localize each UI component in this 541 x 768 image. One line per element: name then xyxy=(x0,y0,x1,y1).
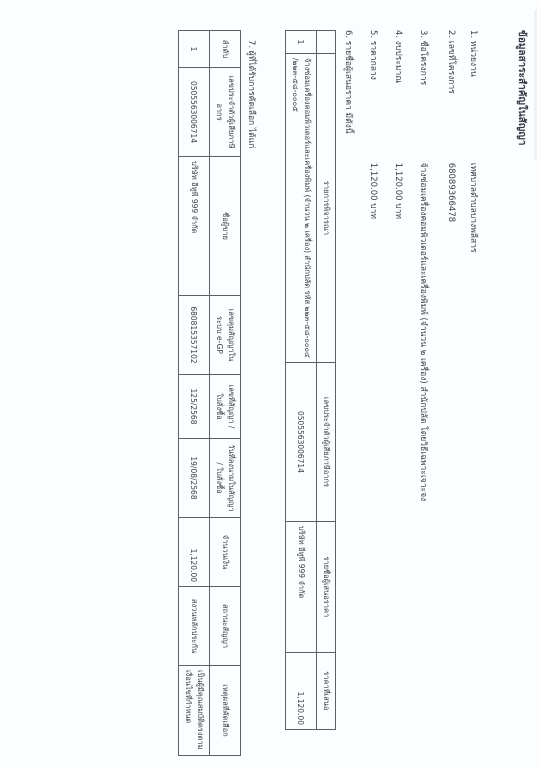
cell-item: จ้างซ่อมเครื่องคอมพิวเตอร์และเครื่องพิมพ… xyxy=(286,54,317,363)
item-label: 4. งบประมาณ xyxy=(392,30,406,160)
cell-status: สงวนหลักประกัน xyxy=(179,587,210,666)
column-header: เหตุผลที่คัดเลือก xyxy=(210,666,241,756)
column-header: ราคาที่เสนอ xyxy=(317,652,336,729)
column-header: ลำดับ xyxy=(210,31,241,68)
column-header: ชื่อผู้ขาย xyxy=(210,157,241,296)
column-header: รายชื่อผู้เสนอราคา xyxy=(317,521,336,652)
document-title: ข้อมูลสาระสำคัญในสัญญา xyxy=(514,30,529,145)
item-value: 1,120.00 บาท xyxy=(368,163,378,219)
item-value: 1,120.00 บาท xyxy=(393,163,403,219)
table-row: 1 จ้างซ่อมเครื่องคอมพิวเตอร์และเครื่องพิ… xyxy=(286,31,317,730)
item-value: 68089366478 xyxy=(446,163,456,223)
column-header: เลขคุมสัญญาในระบบ e-GP xyxy=(210,296,241,375)
item-bidders-heading: 6. รายชื่อผู้เสนอราคา มีดังนี้ xyxy=(342,30,356,134)
item-budget: 4. งบประมาณ 1,120.00 บาท xyxy=(392,30,406,219)
cell-amount: 1,120.00 xyxy=(179,518,210,587)
cell-no: 1 xyxy=(179,31,210,68)
winner-table: ลำดับ เลขประจำตัวผู้เสียภาษีอากร ชื่อผู้… xyxy=(178,30,241,756)
table-header-row: รายการพิจารณา เลขประจำตัวผู้เสียภาษีอากร… xyxy=(317,31,336,730)
cell-bidder: บริษัท อีทูพี 999 จำกัด xyxy=(286,521,317,652)
item-label: 3. ชื่อโครงการ xyxy=(417,30,431,160)
scan-artifact xyxy=(534,10,537,160)
item-project-name: 3. ชื่อโครงการ จ้างซ่อมเครื่องคอมพิวเตอร… xyxy=(417,30,431,501)
item-project-number: 2. เลขที่โครงการ 68089366478 xyxy=(445,30,459,222)
bidders-table: รายการพิจารณา เลขประจำตัวผู้เสียภาษีอากร… xyxy=(285,30,336,730)
table-row: 1 0505563006714 บริษัท อีทูพี 999 จำกัด … xyxy=(179,31,210,756)
table-header-row: ลำดับ เลขประจำตัวผู้เสียภาษีอากร ชื่อผู้… xyxy=(210,31,241,756)
item-label: 1. หน่วยงาน xyxy=(467,30,481,160)
cell-tax-id: 0505563006714 xyxy=(286,363,317,522)
cell-egp-control-no: 680815357102 xyxy=(179,296,210,375)
item-label: 5. ราคากลาง xyxy=(367,30,381,160)
item-value: จ้างซ่อมเครื่องคอมพิวเตอร์และเครื่องพิมพ… xyxy=(418,163,428,502)
cell-tax-id: 0505563006714 xyxy=(179,68,210,157)
item-agency: 1. หน่วยงาน เทศบาลตำบลบางพลีสาร xyxy=(467,30,481,253)
cell-contract-no: 125/2568 xyxy=(179,375,210,439)
cell-vendor: บริษัท อีทูพี 999 จำกัด xyxy=(179,157,210,296)
column-header xyxy=(317,31,336,54)
column-header: จำนวนเงิน xyxy=(210,518,241,587)
column-header: เลขประจำตัวผู้เสียภาษีอากร xyxy=(210,68,241,157)
item-label: 2. เลขที่โครงการ xyxy=(445,30,459,160)
column-header: วันที่ลงนามในสัญญา / ใบสั่งซื้อ xyxy=(210,439,241,518)
item-label: 6. รายชื่อผู้เสนอราคา มีดังนี้ xyxy=(343,30,353,134)
section-7-heading: 7. ผู้ที่ได้รับการคัดเลือก ได้แก่ xyxy=(245,40,259,148)
column-header: รายการพิจารณา xyxy=(317,54,336,363)
item-value: เทศบาลตำบลบางพลีสาร xyxy=(468,163,478,253)
document-page: ข้อมูลสาระสำคัญในสัญญา 1. หน่วยงาน เทศบา… xyxy=(0,0,541,768)
item-median-price: 5. ราคากลาง 1,120.00 บาท xyxy=(367,30,381,219)
column-header: เลขที่สัญญา / ใบสั่งซื้อ xyxy=(210,375,241,439)
column-header: เลขประจำตัวผู้เสียภาษีอากร xyxy=(317,363,336,522)
cell-contract-date: 19/08/2568 xyxy=(179,439,210,518)
cell-no: 1 xyxy=(286,31,317,54)
cell-price: 1,120.00 xyxy=(286,652,317,729)
column-header: สถานะสัญญา xyxy=(210,587,241,666)
cell-reason: เป็นผู้มีคุณสมบัติตรงตามเงื่อนไขที่กำหนด xyxy=(179,666,210,756)
